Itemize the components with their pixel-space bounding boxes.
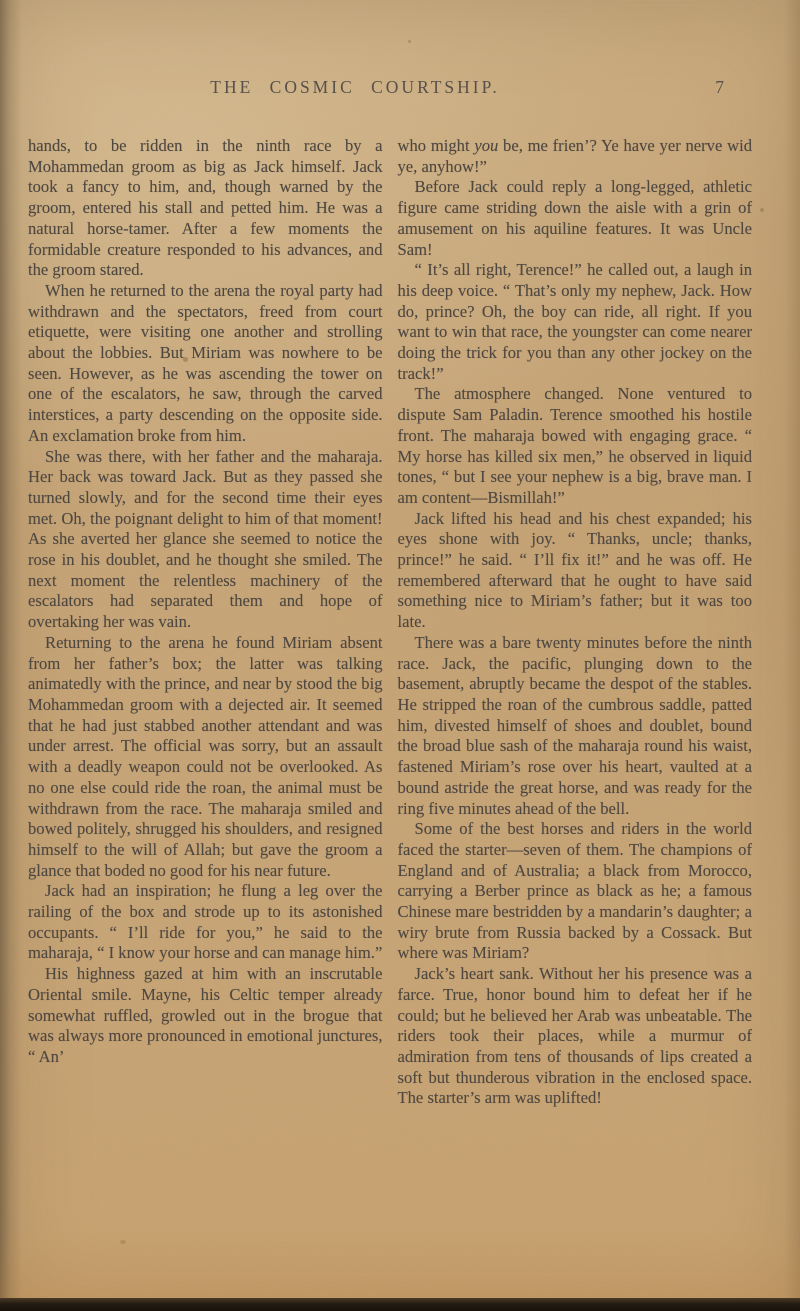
paragraph: When he returned to the arena the royal … [28,281,383,447]
text-run: Jack had an inspiration; he flung a leg … [28,881,383,962]
text-run: “ It’s all right, Terence!” he called ou… [398,260,753,383]
text-run: When he returned to the arena the royal … [28,281,383,445]
paragraph: There was a bare twenty minutes before t… [398,633,753,819]
text-columns: hands, to be ridden in the ninth race by… [28,136,752,1109]
text-run: Returning to the arena he found Miriam a… [28,633,383,880]
column-left: hands, to be ridden in the ninth race by… [28,136,383,1109]
text-run: Before Jack could reply a long-legged, a… [398,177,753,258]
scanned-page: THE COSMIC COURTSHIP. 7 hands, to be rid… [0,0,800,1311]
paragraph: Some of the best horses and riders in th… [398,819,753,964]
page-content: THE COSMIC COURTSHIP. 7 hands, to be rid… [28,0,752,1109]
italic-text-run: you [474,136,498,155]
text-run: Jack lifted his head and his chest expan… [398,509,753,632]
paragraph: hands, to be ridden in the ninth race by… [28,136,383,281]
paragraph: His highness gazed at him with an inscru… [28,964,383,1068]
paragraph: Jack had an inspiration; he flung a leg … [28,881,383,964]
text-run: who might [398,136,475,155]
paragraph: who might you be, me frien’? Ye have yer… [398,136,753,177]
text-run: Jack’s heart sank. Without her his prese… [398,964,753,1107]
paragraph: Jack’s heart sank. Without her his prese… [398,964,753,1109]
paragraph: The atmosphere changed. None ventured to… [398,384,753,508]
paragraph: She was there, with her father and the m… [28,447,383,633]
column-right: who might you be, me frien’? Ye have yer… [398,136,753,1109]
text-run: She was there, with her father and the m… [28,447,383,632]
text-run: The atmosphere changed. None ventured to… [398,384,753,507]
page-number: 7 [715,77,724,98]
text-run: hands, to be ridden in the ninth race by… [28,136,383,279]
page-header: THE COSMIC COURTSHIP. 7 [28,0,752,116]
text-run: There was a bare twenty minutes before t… [398,633,753,818]
text-run: Some of the best horses and riders in th… [398,819,753,962]
paragraph: Before Jack could reply a long-legged, a… [398,177,753,260]
paragraph: Jack lifted his head and his chest expan… [398,509,753,633]
page-title: THE COSMIC COURTSHIP. [0,77,717,98]
text-run: His highness gazed at him with an inscru… [28,964,383,1066]
paragraph: Returning to the arena he found Miriam a… [28,633,383,881]
paragraph: “ It’s all right, Terence!” he called ou… [398,260,753,384]
